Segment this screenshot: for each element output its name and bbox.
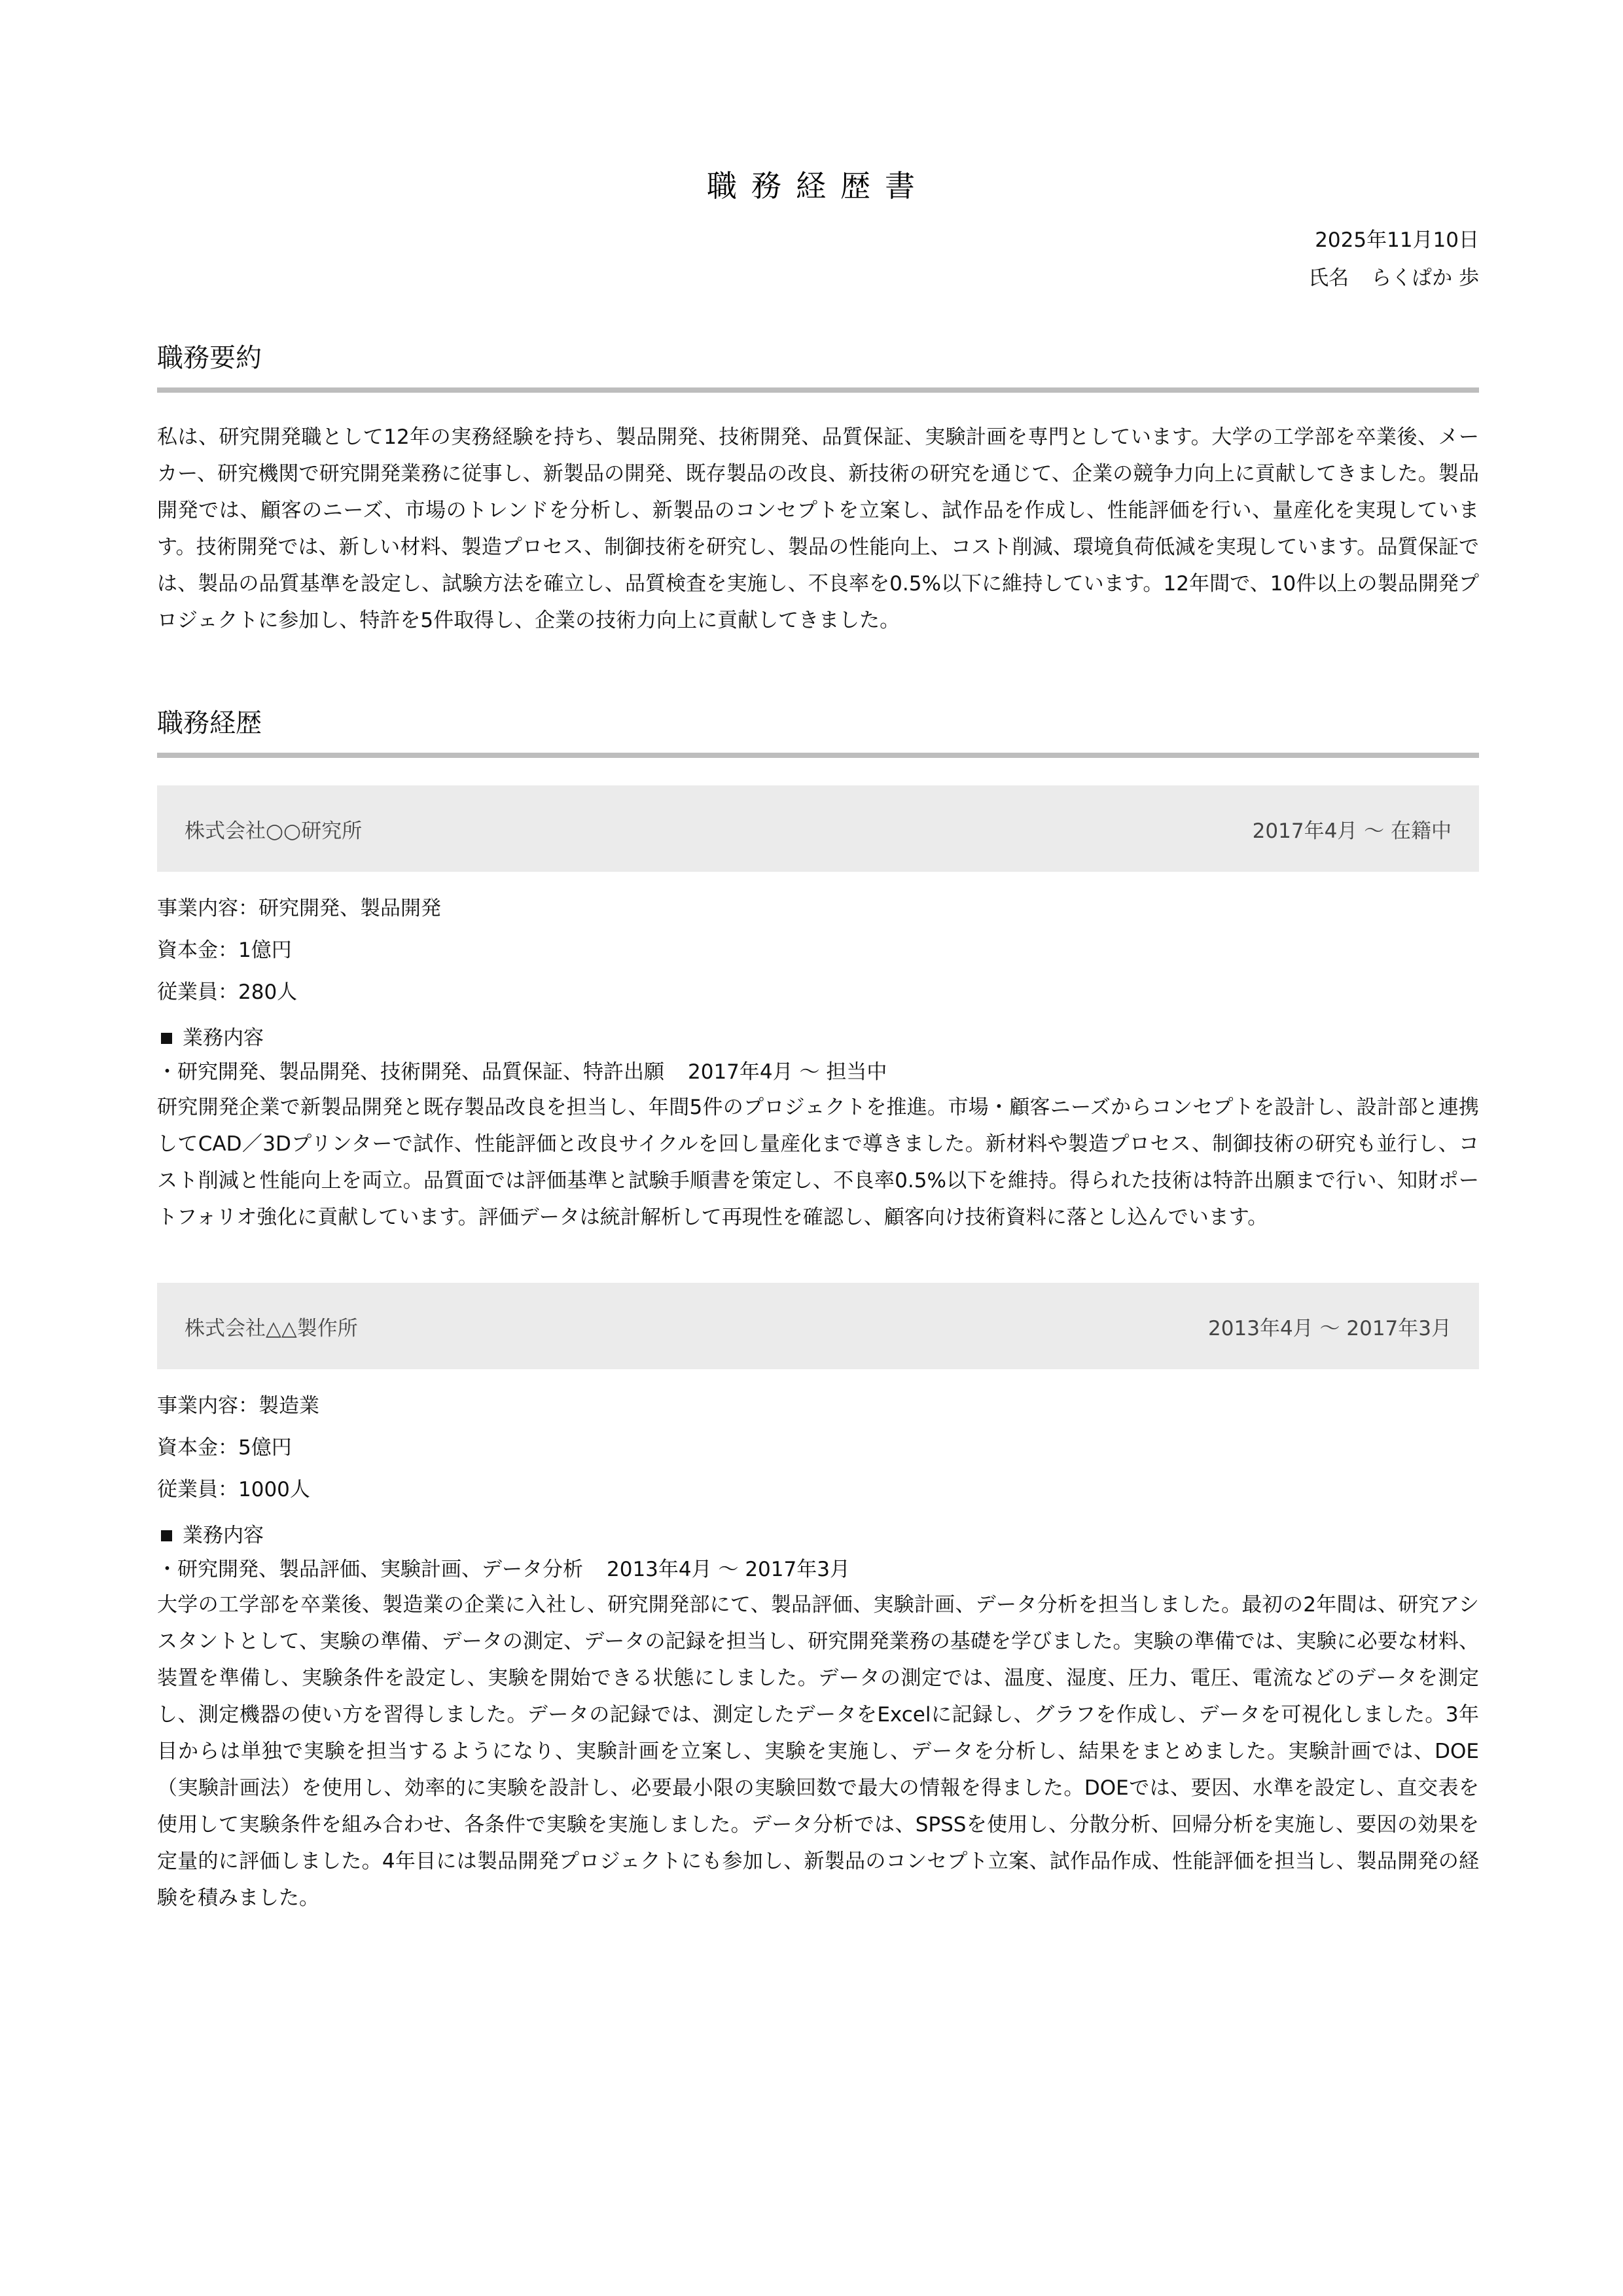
company-details-2: 事業内容：製造業 資本金：5億円 従業員：1000人 業務内容 ・研究開発、製品… [157, 1385, 1479, 1916]
name-label: 氏名 [1308, 266, 1349, 290]
company-employees: 従業員：1000人 [157, 1469, 1479, 1511]
company-period: 2013年4月 〜 2017年3月 [1208, 1312, 1452, 1341]
duty-description: 研究開発企業で新製品開発と既存製品改良を担当し、年間5件のプロジェクトを推進。市… [157, 1089, 1479, 1236]
company-capital: 資本金：5億円 [157, 1427, 1479, 1469]
company-name: 株式会社○○研究所 [185, 814, 362, 844]
square-bullet-icon [161, 1530, 172, 1541]
summary-text: 私は、研究開発職として12年の実務経験を持ち、製品開発、技術開発、品質保証、実験… [157, 419, 1479, 639]
duties-heading: 業務内容 [157, 1518, 1479, 1552]
duty-summary: ・研究開発、製品評価、実験計画、データ分析 [157, 1558, 583, 1581]
document-date: 2025年11月10日 [1308, 221, 1479, 259]
duty-summary-line: ・研究開発、製品評価、実験計画、データ分析2013年4月 〜 2017年3月 [157, 1552, 1479, 1587]
duty-period: 2013年4月 〜 2017年3月 [607, 1558, 850, 1581]
duties-heading: 業務内容 [157, 1021, 1479, 1055]
company-header-1: 株式会社○○研究所 2017年4月 〜 在籍中 [157, 785, 1479, 872]
company-details-1: 事業内容：研究開発、製品開発 資本金：1億円 従業員：280人 業務内容 ・研究… [157, 888, 1479, 1236]
history-heading: 職務経歴 [157, 707, 1479, 758]
company-header-2: 株式会社△△製作所 2013年4月 〜 2017年3月 [157, 1283, 1479, 1369]
company-period: 2017年4月 〜 在籍中 [1253, 814, 1452, 844]
company-business: 事業内容：製造業 [157, 1385, 1479, 1427]
duties-heading-label: 業務内容 [183, 1021, 264, 1055]
company-employees: 従業員：280人 [157, 971, 1479, 1013]
duties-heading-label: 業務内容 [183, 1518, 264, 1552]
square-bullet-icon [161, 1033, 172, 1044]
duty-period: 2017年4月 〜 担当中 [688, 1060, 887, 1084]
author-name: らくぱか 歩 [1371, 266, 1479, 290]
document-title: 職務経歴書 [157, 162, 1479, 206]
company-business: 事業内容：研究開発、製品開発 [157, 888, 1479, 929]
document-meta: 2025年11月10日 氏名らくぱか 歩 [1308, 221, 1479, 297]
company-capital: 資本金：1億円 [157, 929, 1479, 971]
company-name: 株式会社△△製作所 [185, 1312, 358, 1341]
summary-heading: 職務要約 [157, 342, 1479, 393]
duty-description: 大学の工学部を卒業後、製造業の企業に入社し、研究開発部にて、製品評価、実験計画、… [157, 1587, 1479, 1916]
duty-summary: ・研究開発、製品開発、技術開発、品質保証、特許出願 [157, 1060, 664, 1084]
duty-summary-line: ・研究開発、製品開発、技術開発、品質保証、特許出願2017年4月 〜 担当中 [157, 1055, 1479, 1089]
author-line: 氏名らくぱか 歩 [1308, 259, 1479, 297]
